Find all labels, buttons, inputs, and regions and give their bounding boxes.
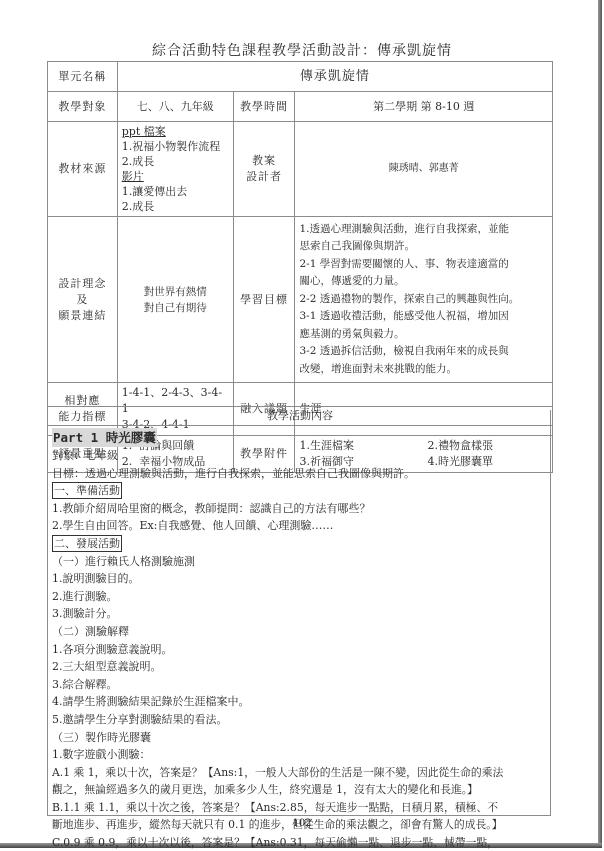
list-item: 3.測驗計分。 — [52, 605, 548, 623]
list-item: 1.各項分測驗意義說明。 — [52, 641, 548, 659]
goal-line: 2-2 透過禮物的製作，探索自己的興趣與性向。 — [299, 291, 548, 309]
concept-value: 對世界有熱情 對自己有期待 — [117, 217, 233, 383]
goal-line: 應基測的勇氣與毅力。 — [299, 326, 548, 344]
goal-line: 改變，增進面對未來挑戰的能力。 — [299, 361, 548, 379]
concept-label-line: 願景連結 — [52, 308, 113, 324]
list-item: 2.進行測驗。 — [52, 588, 548, 606]
goal-line: 1.透過心理測驗與活動，進行自我探索，並能 — [299, 221, 548, 239]
document-title: 綜合活動特色課程教學活動設計：傳承凱旋情 — [0, 40, 604, 60]
video-item: 1.讓愛傳出去 — [122, 184, 229, 199]
designer-label-line: 設計者 — [238, 169, 291, 185]
goal-line: 3-2 透過拆信活動，檢視自我兩年來的成長與 — [299, 343, 548, 361]
designer-label-line: 教案 — [238, 153, 291, 169]
concept-line: 對自己有期待 — [122, 300, 229, 316]
list-item: 觀之，無論經過多久的歲月更迭，加乘多少人生，終究還是 1，沒有太大的變化和長進。… — [52, 781, 548, 799]
subsection-title: （一）進行賴氏人格測驗施測 — [52, 553, 548, 571]
list-item: A.1 乘 1，乘以十次，答案是？【Ans:1，一般人大部份的生活是一陳不變，因… — [52, 764, 548, 782]
video-item: 2.成長 — [122, 199, 229, 214]
designers-value: 陳琇晴、郭惠菁 — [295, 122, 553, 217]
ppt-heading: ppt 檔案 — [122, 124, 229, 139]
list-item: B.1.1 乘 1.1，乘以十次之後，答案是？【Ans:2.85，每天進步一點點… — [52, 799, 548, 817]
concept-line: 對世界有熱情 — [122, 284, 229, 300]
list-item: 1.數字遊戲小測驗： — [52, 746, 548, 764]
time-value: 第二學期 第 8-10 週 — [295, 92, 553, 122]
section-title-preparation: 一、準備活動 — [52, 482, 122, 499]
subsection-title: （三）製作時光膠囊 — [52, 729, 548, 747]
target-value: 七、八、九年級 — [117, 92, 233, 122]
goal-line: 3-1 透過收禮活動，能感受他人祝福，增加因 — [299, 308, 548, 326]
unit-name-label: 單元名稱 — [48, 62, 118, 92]
row-source-designer: 教材來源 ppt 檔案 1.祝福小物製作流程 2.成長 影片 1.讓愛傳出去 2… — [48, 122, 553, 217]
target-label: 教學對象 — [48, 92, 118, 122]
goal-line: 關心，傳遞愛的力量。 — [299, 273, 548, 291]
concept-label-line: 設計理念 — [52, 276, 113, 292]
page-shadow-right — [598, 0, 602, 847]
unit-name-value: 傳承凱旋情 — [117, 62, 552, 92]
concept-label: 設計理念 及 願景連結 — [48, 217, 118, 383]
designer-label: 教案 設計者 — [233, 122, 295, 217]
time-label: 教學時間 — [233, 92, 295, 122]
goal-line: 目標：透過心理測驗與活動，進行自我探索，並能思索自己我圖像與期許。 — [52, 465, 548, 483]
list-item: 3.綜合解釋。 — [52, 676, 548, 694]
video-heading: 影片 — [122, 169, 229, 184]
list-item: 5.邀請學生分享對測驗結果的看法。 — [52, 711, 548, 729]
row-target-time: 教學對象 七、八、九年級 教學時間 第二學期 第 8-10 週 — [48, 92, 553, 122]
row-concept-goals: 設計理念 及 願景連結 對世界有熱情 對自己有期待 學習目標 1.透過心理測驗與… — [48, 217, 553, 383]
ppt-item: 2.成長 — [122, 154, 229, 169]
source-value: ppt 檔案 1.祝福小物製作流程 2.成長 影片 1.讓愛傳出去 2.成長 — [117, 122, 233, 217]
goal-line: 2-1 學習對需要關懷的人、事、物表達適當的 — [299, 256, 548, 274]
part-title: Part 1 時光膠囊 — [52, 428, 157, 447]
goals-label: 學習目標 — [233, 217, 295, 383]
list-item: 4.請學生將測驗結果記錄於生涯檔案中。 — [52, 693, 548, 711]
activity-content: Part 1 時光膠囊 對象：七年級 目標：透過心理測驗與活動，進行自我探索，並… — [52, 428, 548, 851]
list-item: 1.說明測驗目的。 — [52, 570, 548, 588]
goal-line: 思索自己我圖像與期許。 — [299, 238, 548, 256]
list-item: C.0.9 乘 0.9，乘以十次以後，答案是？【Ans:0.31，每天偷懶一點、… — [52, 834, 548, 851]
subsection-title: （二）測驗解釋 — [52, 623, 548, 641]
row-unit-name: 單元名稱 傳承凱旋情 — [48, 62, 553, 92]
section-title-development: 二、發展活動 — [52, 535, 122, 552]
source-label: 教材來源 — [48, 122, 118, 217]
page-number: 102 — [0, 818, 604, 829]
part-title-zh: 時光膠囊 — [106, 430, 156, 445]
target-line: 對象：七年級 — [52, 447, 548, 465]
list-item: 1.教師介紹周哈里窗的概念，教師提問：認識自己的方法有哪些？ — [52, 500, 548, 518]
list-item: 2.學生自由回答。Ex:自我感覺、他人回饋、心理測驗…… — [52, 517, 548, 535]
concept-label-line: 及 — [52, 292, 113, 308]
goals-value: 1.透過心理測驗與活動，進行自我探索，並能 思索自己我圖像與期許。 2-1 學習… — [295, 217, 553, 383]
list-item: 2.三大組型意義說明。 — [52, 658, 548, 676]
part-title-en: Part 1 — [53, 430, 106, 445]
ppt-item: 1.祝福小物製作流程 — [122, 139, 229, 154]
